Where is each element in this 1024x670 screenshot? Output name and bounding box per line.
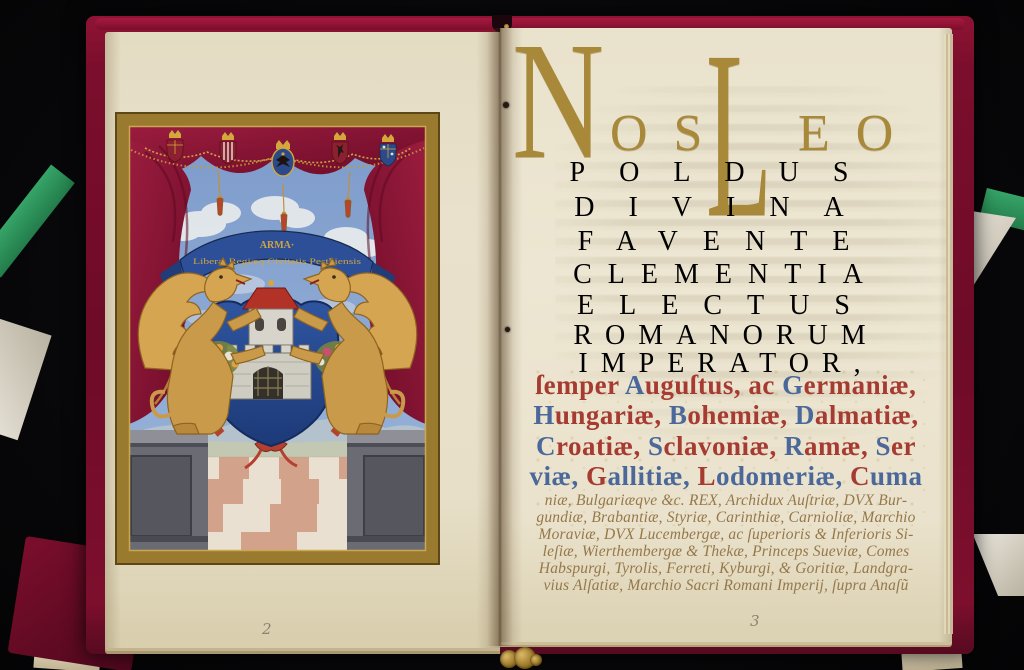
shield-blue-gold <box>380 134 396 166</box>
shield-silver-bars <box>220 132 236 164</box>
small-titles-line: Moraviæ, DVX Lucembergæ, ac ſuperioris &… <box>516 527 936 543</box>
gothic-titles-line: Croatiæ, Sclavoniæ, Ramæ, Ser <box>508 433 944 460</box>
gothic-titles-line: viæ, Gallitiæ, Lodomeriæ, Cuma <box>508 463 944 490</box>
titulature-line: POLDUS <box>508 159 944 187</box>
right-page: N OS L EO POLDUS DIVINA FAVENTE CLEMENTI… <box>500 28 952 642</box>
small-titles-line: leſiæ, Wierthembergæ & Thekæ, Princeps S… <box>516 544 936 560</box>
titulature-line: FAVENTE <box>508 228 944 256</box>
stone-pedestal-right <box>347 430 437 551</box>
illuminated-initial-N: N <box>512 34 604 168</box>
banner-title: ARMA· <box>260 240 294 251</box>
titulature-line: ROMANORUM <box>508 322 944 350</box>
word-eo: EO <box>798 108 919 160</box>
titulature-line: CLEMENTIA <box>508 261 944 289</box>
sewing-hole <box>505 327 510 332</box>
stone-pedestal-left <box>118 430 208 551</box>
white-ribbon-left <box>0 318 52 441</box>
small-titles-line: Habspurgi, Tyrolis, Ferreti, Kyburgi, & … <box>516 561 936 577</box>
small-titles-line: vius Alſatiæ, Marchio Sacri Romani Imper… <box>516 578 936 594</box>
shield-black-lion <box>332 132 348 164</box>
gold-embroidered-clasp <box>498 646 542 670</box>
sewing-hole <box>503 102 509 108</box>
left-page-number: 2 <box>262 620 272 638</box>
titulature-line: DIVINA <box>508 194 944 222</box>
gothic-titles-line: ſemper Auguſtus, ac Germaniæ, <box>508 372 944 399</box>
titulature-line: ELECTUS <box>508 292 944 320</box>
small-titles-line: niæ, Bulgariæqve &c. REX, Archidux Auſtr… <box>516 493 936 509</box>
shield-red-gold <box>167 130 183 162</box>
gothic-titles-line: Hungariæ, Bohemiæ, Dalmatiæ, <box>508 402 944 429</box>
photo-stage: ARMA· Liberæ Regiæq Civitatis Pesthiensi… <box>0 0 1024 670</box>
green-ribbon-left <box>0 164 75 277</box>
left-page: ARMA· Liberæ Regiæq Civitatis Pesthiensi… <box>105 32 500 648</box>
coat-of-arms-miniature: ARMA· Liberæ Regiæq Civitatis Pesthiensi… <box>115 112 440 565</box>
right-page-number: 3 <box>750 612 760 630</box>
small-titles-line: gundiæ, Brabantiæ, Styriæ, Carinthiæ, Ca… <box>516 510 936 526</box>
